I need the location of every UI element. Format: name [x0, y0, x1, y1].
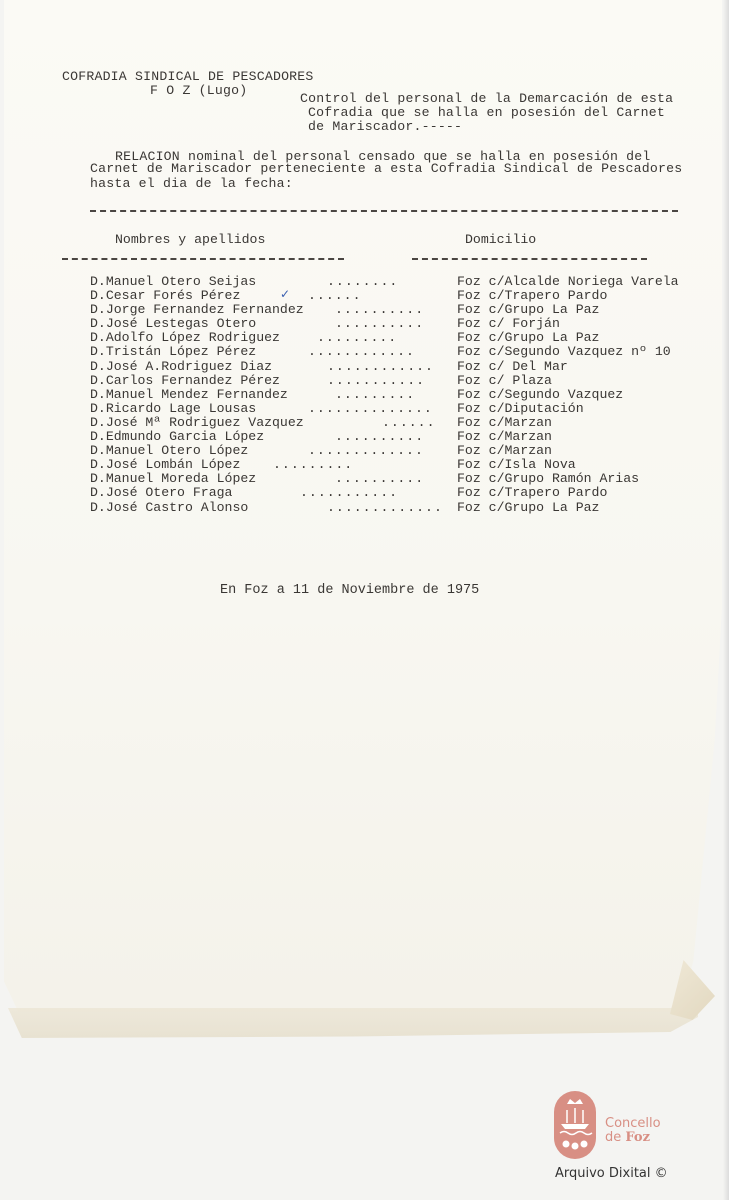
row-name: D.Manuel Otero Seijas [90, 274, 256, 289]
row-leader-dots: ........... [327, 373, 425, 388]
row-leader-dots: ........... [300, 485, 398, 500]
row-name: D.Edmundo Garcia López [90, 429, 264, 444]
row-name: D.Cesar Forés Pérez [90, 288, 240, 303]
column-header-names: Nombres y apellidos [115, 232, 265, 247]
table-row: D.Manuel Otero Seijas........Foz c/Alcal… [90, 274, 720, 288]
concello-de-foz-logo-icon [553, 1090, 597, 1160]
row-leader-dots: .......... [335, 471, 424, 486]
watermark-line-2: de Foz [605, 1131, 661, 1145]
domicile-underline [412, 258, 647, 260]
table-row: D.José A.Rodriguez Diaz............Foz c… [90, 359, 720, 373]
row-name: D.Ricardo Lage Lousas [90, 401, 256, 416]
row-name: D.José Castro Alonso [90, 500, 248, 515]
row-address: Foz c/ Del Mar [457, 359, 568, 374]
row-address: Foz c/Grupo La Paz [457, 330, 599, 345]
scan-edge [723, 0, 729, 1200]
row-address: Foz c/Marzan [457, 429, 552, 444]
row-leader-dots: ............. [308, 443, 424, 458]
row-address: Foz c/Trapero Pardo [457, 288, 607, 303]
row-leader-dots: ............. [327, 500, 443, 515]
row-leader-dots: .......... [335, 316, 424, 331]
table-row: D.José Mª Rodriguez Vazquez......Foz c/M… [90, 415, 720, 429]
row-name: D.José Lestegas Otero [90, 316, 256, 331]
table-row: D.Manuel Otero López.............Foz c/M… [90, 443, 720, 457]
names-underline [62, 258, 344, 260]
check-mark-icon: ✓ [280, 287, 290, 301]
row-name: D.Adolfo López Rodriguez [90, 330, 280, 345]
watermark-line-1: Concello [605, 1117, 661, 1131]
table-row: D.Ricardo Lage Lousas..............Foz c… [90, 401, 720, 415]
table-row: D.Tristán López Pérez............Foz c/S… [90, 344, 720, 358]
row-address: Foz c/Grupo Ramón Arias [457, 471, 639, 486]
table-row: D.José Otero Fraga...........Foz c/Trape… [90, 485, 720, 499]
row-name: D.Carlos Fernandez Pérez [90, 373, 280, 388]
watermark-text: Concello de Foz [605, 1117, 661, 1145]
row-leader-dots: ............ [327, 359, 434, 374]
table-row: D.Edmundo Garcia López..........Foz c/Ma… [90, 429, 720, 443]
row-name: D.Jorge Fernandez Fernandez [90, 302, 304, 317]
table-row: D.José Lombán López.........Foz c/Isla N… [90, 457, 720, 471]
row-address: Foz c/Alcalde Noriega Varela [457, 274, 679, 289]
archive-credit: Arquivo Dixital © [555, 1166, 668, 1181]
control-title-line-1: Control del personal de la Demarcación d… [300, 92, 673, 105]
table-row: D.José Lestegas Otero..........Foz c/ Fo… [90, 316, 720, 330]
row-leader-dots: ........ [327, 274, 398, 289]
table-row: D.Cesar Forés Pérez......Foz c/Trapero P… [90, 288, 720, 302]
table-row: D.Manuel Mendez Fernandez.........Foz c/… [90, 387, 720, 401]
row-leader-dots: ...... [382, 415, 435, 430]
personnel-list: D.Manuel Otero Seijas........Foz c/Alcal… [90, 274, 720, 514]
row-address: Foz c/Isla Nova [457, 457, 576, 472]
intro-line-2: Carnet de Mariscador perteneciente a est… [90, 162, 682, 175]
row-address: Foz c/ Forján [457, 316, 560, 331]
row-name: D.Manuel Otero López [90, 443, 248, 458]
row-name: D.José Lombán López [90, 457, 240, 472]
row-leader-dots: .......... [335, 429, 424, 444]
row-name: D.José Mª Rodriguez Vazquez [90, 415, 304, 430]
row-leader-dots: ............ [308, 344, 415, 359]
control-title-line-2: Cofradia que se halla en posesión del Ca… [308, 106, 665, 119]
organization-name: COFRADIA SINDICAL DE PESCADORES [62, 70, 314, 83]
row-address: Foz c/Diputación [457, 401, 584, 416]
row-leader-dots: ......... [273, 457, 353, 472]
row-leader-dots: .......... [335, 302, 424, 317]
table-row: D.José Castro Alonso.............Foz c/G… [90, 500, 720, 514]
table-row: D.Carlos Fernandez Pérez...........Foz c… [90, 373, 720, 387]
row-address: Foz c/Grupo La Paz [457, 302, 599, 317]
row-address: Foz c/Grupo La Paz [457, 500, 599, 515]
column-header-domicile: Domicilio [465, 232, 536, 247]
town-name: F O Z (Lugo) [150, 84, 247, 97]
paper-folded-edge [8, 1008, 698, 1038]
row-name: D.Manuel Moreda López [90, 471, 256, 486]
table-row: D.Manuel Moreda López..........Foz c/Gru… [90, 471, 720, 485]
row-leader-dots: ......... [335, 387, 415, 402]
row-address: Foz c/Trapero Pardo [457, 485, 607, 500]
row-name: D.José A.Rodriguez Diaz [90, 359, 272, 374]
row-name: D.Manuel Mendez Fernandez [90, 387, 288, 402]
row-address: Foz c/Marzan [457, 443, 552, 458]
table-row: D.Jorge Fernandez Fernandez..........Foz… [90, 302, 720, 316]
intro-line-3: hasta el dia de la fecha: [90, 177, 293, 190]
row-address: Foz c/Marzan [457, 415, 552, 430]
row-address: Foz c/Segundo Vazquez [457, 387, 623, 402]
row-leader-dots: .............. [308, 401, 433, 416]
divider-rule [90, 210, 678, 212]
date-line: En Foz a 11 de Noviembre de 1975 [220, 583, 479, 598]
control-title-line-3: de Mariscador.----- [308, 120, 462, 133]
row-leader-dots: ......... [317, 330, 397, 345]
row-address: Foz c/Segundo Vazquez nº 10 [457, 344, 671, 359]
row-name: D.Tristán López Pérez [90, 344, 256, 359]
table-row: D.Adolfo López Rodriguez.........Foz c/G… [90, 330, 720, 344]
row-address: Foz c/ Plaza [457, 373, 552, 388]
row-name: D.José Otero Fraga [90, 485, 232, 500]
row-leader-dots: ...... [308, 288, 361, 303]
